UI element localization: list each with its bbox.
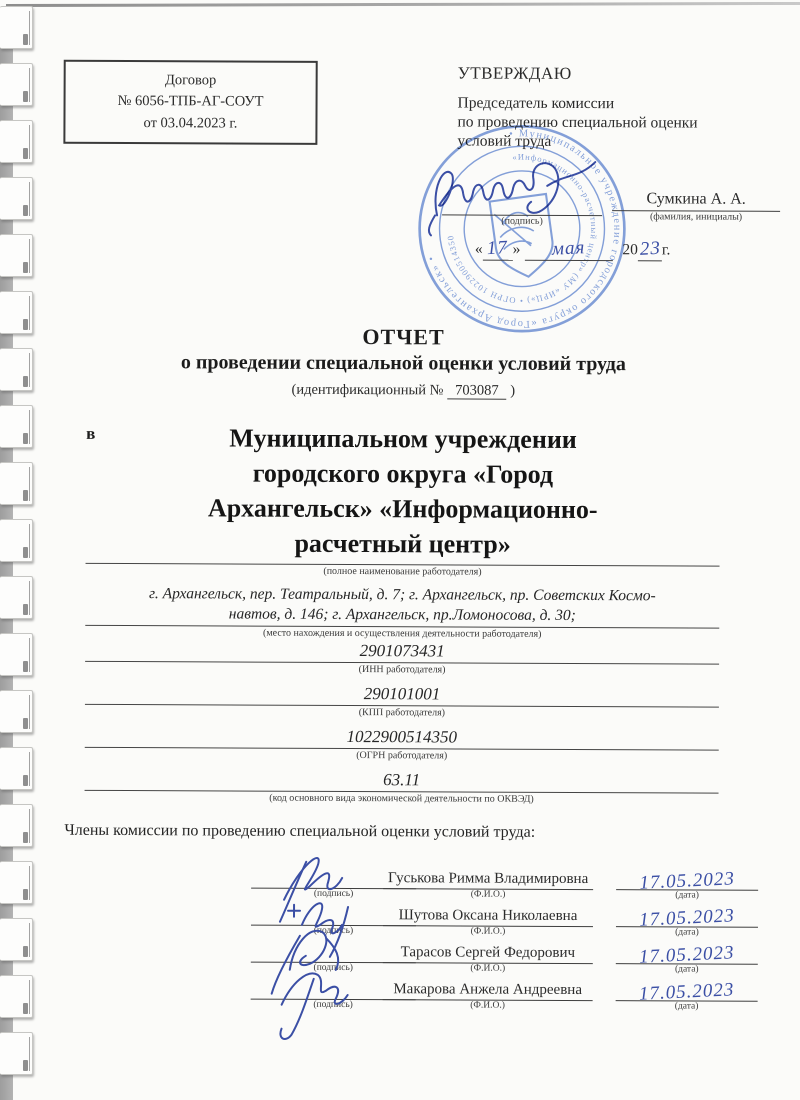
table-row: (подпись) Макарова Анжела Андреевна (Ф.И… xyxy=(41,973,761,1013)
okved-field: 63.11 (код основного вида экономической … xyxy=(41,769,761,807)
employer-name-line: расчетный центр» xyxy=(43,525,763,563)
handwritten-signature-icon xyxy=(266,955,398,1022)
contract-number: № 6056-ТПБ-АГ-СОУТ xyxy=(66,91,316,113)
employer-name-line: Архангельск» «Информационно- xyxy=(43,490,763,528)
year-prefix: 20 xyxy=(622,241,638,259)
binding-tab xyxy=(0,63,33,106)
okved-value: 63.11 xyxy=(85,769,719,794)
name-caption: (Ф.И.О.) xyxy=(383,889,593,901)
binding-tab xyxy=(0,348,33,391)
commission-table: (подпись) Гуськова Римма Владимировна (Ф… xyxy=(41,862,762,1013)
employer-name-line: Муниципальном учреждении xyxy=(43,420,763,458)
binding-tab xyxy=(0,120,33,163)
document-body: Договор № 6056-ТПБ-АГ-СОУТ от 03.04.2023… xyxy=(0,0,800,1100)
employer-name-block: Муниципальном учреждении городского окру… xyxy=(42,420,763,580)
employer-name-line: городского округа «Город xyxy=(43,455,763,493)
report-title: ОТЧЕТ xyxy=(43,323,763,352)
report-id-label: (идентификационный № xyxy=(292,382,444,399)
member-name-cell: Шутова Оксана Николаевна (Ф.И.О.) xyxy=(383,907,593,938)
contract-word: Договор xyxy=(66,70,316,92)
approve-word: УТВЕРЖДАЮ xyxy=(458,63,778,84)
binding-tab xyxy=(0,804,33,847)
approval-date-line: « 17 » мая 20 23 г. xyxy=(475,238,671,262)
signature-line xyxy=(442,195,602,216)
name-caption: (Ф.И.О.) xyxy=(383,1000,593,1012)
member-name-cell: Тарасов Сергей Федорович (Ф.И.О.) xyxy=(383,944,593,975)
employer-address-line: г. Архангельск, пер. Театральный, д. 7; … xyxy=(42,584,762,607)
employer-address-block: г. Архангельск, пер. Театральный, д. 7; … xyxy=(42,584,762,642)
ogrn-value: 1022900514350 xyxy=(85,726,719,751)
handwritten-month: мая xyxy=(551,237,585,261)
binding-tab xyxy=(0,6,33,49)
report-id-close: ) xyxy=(510,383,515,399)
approver-name-field: Сумкина А. А. (фамилия, инициалы) xyxy=(612,190,780,224)
approval-signature-field: (подпись) xyxy=(442,195,602,228)
binding-tab xyxy=(0,633,33,676)
member-name-cell: Макарова Анжела Андреевна (Ф.И.О.) xyxy=(383,981,593,1012)
binding-tab xyxy=(0,747,33,790)
ogrn-caption: (ОГРН работодателя) xyxy=(42,748,762,764)
member-name-cell: Гуськова Римма Владимировна (Ф.И.О.) xyxy=(383,870,593,901)
year-unit: г. xyxy=(662,241,671,259)
report-subtitle: о проведении специальной оценки условий … xyxy=(43,351,763,377)
member-name: Гуськова Римма Владимировна xyxy=(383,870,593,890)
report-id-value: 703087 xyxy=(447,382,507,399)
inn-caption: (ИНН работодателя) xyxy=(42,662,762,678)
inn-value: 2901073431 xyxy=(85,640,719,665)
binding-tab xyxy=(0,234,33,277)
binding-tab xyxy=(0,519,33,562)
table-row: (подпись) Тарасов Сергей Федорович (Ф.И.… xyxy=(41,936,761,976)
kpp-value: 290101001 xyxy=(85,683,719,708)
binding-tab xyxy=(0,1032,33,1075)
employer-fields: 2901073431 (ИНН работодателя) 290101001 … xyxy=(41,640,762,815)
member-name: Макарова Анжела Андреевна xyxy=(383,981,593,1001)
employer-address-line: навтов, д. 146; г. Архангельск, пр.Ломон… xyxy=(42,604,762,627)
kpp-field: 290101001 (КПП работодателя) xyxy=(42,683,762,721)
scanned-page: Договор № 6056-ТПБ-АГ-СОУТ от 03.04.2023… xyxy=(0,0,800,1100)
approver-name-caption: (фамилия, инициалы) xyxy=(612,211,780,224)
binding-tab xyxy=(0,177,33,220)
report-id-line: (идентификационный № 703087 ) xyxy=(43,381,763,401)
table-row: (подпись) Шутова Оксана Николаевна (Ф.И.… xyxy=(41,899,761,939)
binding-tab xyxy=(0,861,33,904)
contract-date: от 03.04.2023 г. xyxy=(65,112,315,134)
ogrn-field: 1022900514350 (ОГРН работодателя) xyxy=(42,726,762,764)
binding-tab xyxy=(0,975,33,1018)
commission-heading: Члены комиссии по проведению специальной… xyxy=(64,822,535,842)
quote-open: « xyxy=(475,241,483,259)
name-caption: (Ф.И.О.) xyxy=(383,963,593,975)
binding-tab xyxy=(0,576,33,619)
name-caption: (Ф.И.О.) xyxy=(383,926,593,938)
quote-close: » xyxy=(513,241,521,259)
table-row: (подпись) Гуськова Римма Владимировна (Ф… xyxy=(41,862,761,902)
signature-caption: (подпись) xyxy=(442,215,602,228)
okved-caption: (код основного вида экономической деятел… xyxy=(41,791,761,807)
binding-comb xyxy=(0,0,40,1100)
kpp-caption: (КПП работодателя) xyxy=(42,705,762,721)
approver-name: Сумкина А. А. xyxy=(612,190,780,212)
inn-field: 2901073431 (ИНН работодателя) xyxy=(42,640,762,678)
handwritten-day: 17 xyxy=(487,237,509,260)
report-title-block: ОТЧЕТ о проведении специальной оценки ус… xyxy=(43,323,763,401)
employer-name-caption: (полное наименование работодателя) xyxy=(42,564,762,580)
member-name: Тарасов Сергей Федорович xyxy=(383,944,593,964)
binding-tab xyxy=(0,291,33,334)
contract-number-box: Договор № 6056-ТПБ-АГ-СОУТ от 03.04.2023… xyxy=(63,60,317,145)
handwritten-year: 23 xyxy=(639,238,661,261)
member-date-cell: 17.05.2023 (дата) xyxy=(616,907,758,939)
approver-title-line: Председатель комиссии xyxy=(458,93,778,113)
binding-tab xyxy=(0,462,33,505)
binding-tab xyxy=(0,918,33,961)
member-name: Шутова Оксана Николаевна xyxy=(383,907,593,927)
binding-tab xyxy=(0,405,33,448)
binding-tab xyxy=(0,690,33,733)
member-date-cell: 17.05.2023 (дата) xyxy=(616,870,758,902)
member-date-cell: 17.05.2023 (дата) xyxy=(616,981,758,1013)
member-date-cell: 17.05.2023 (дата) xyxy=(616,944,758,976)
